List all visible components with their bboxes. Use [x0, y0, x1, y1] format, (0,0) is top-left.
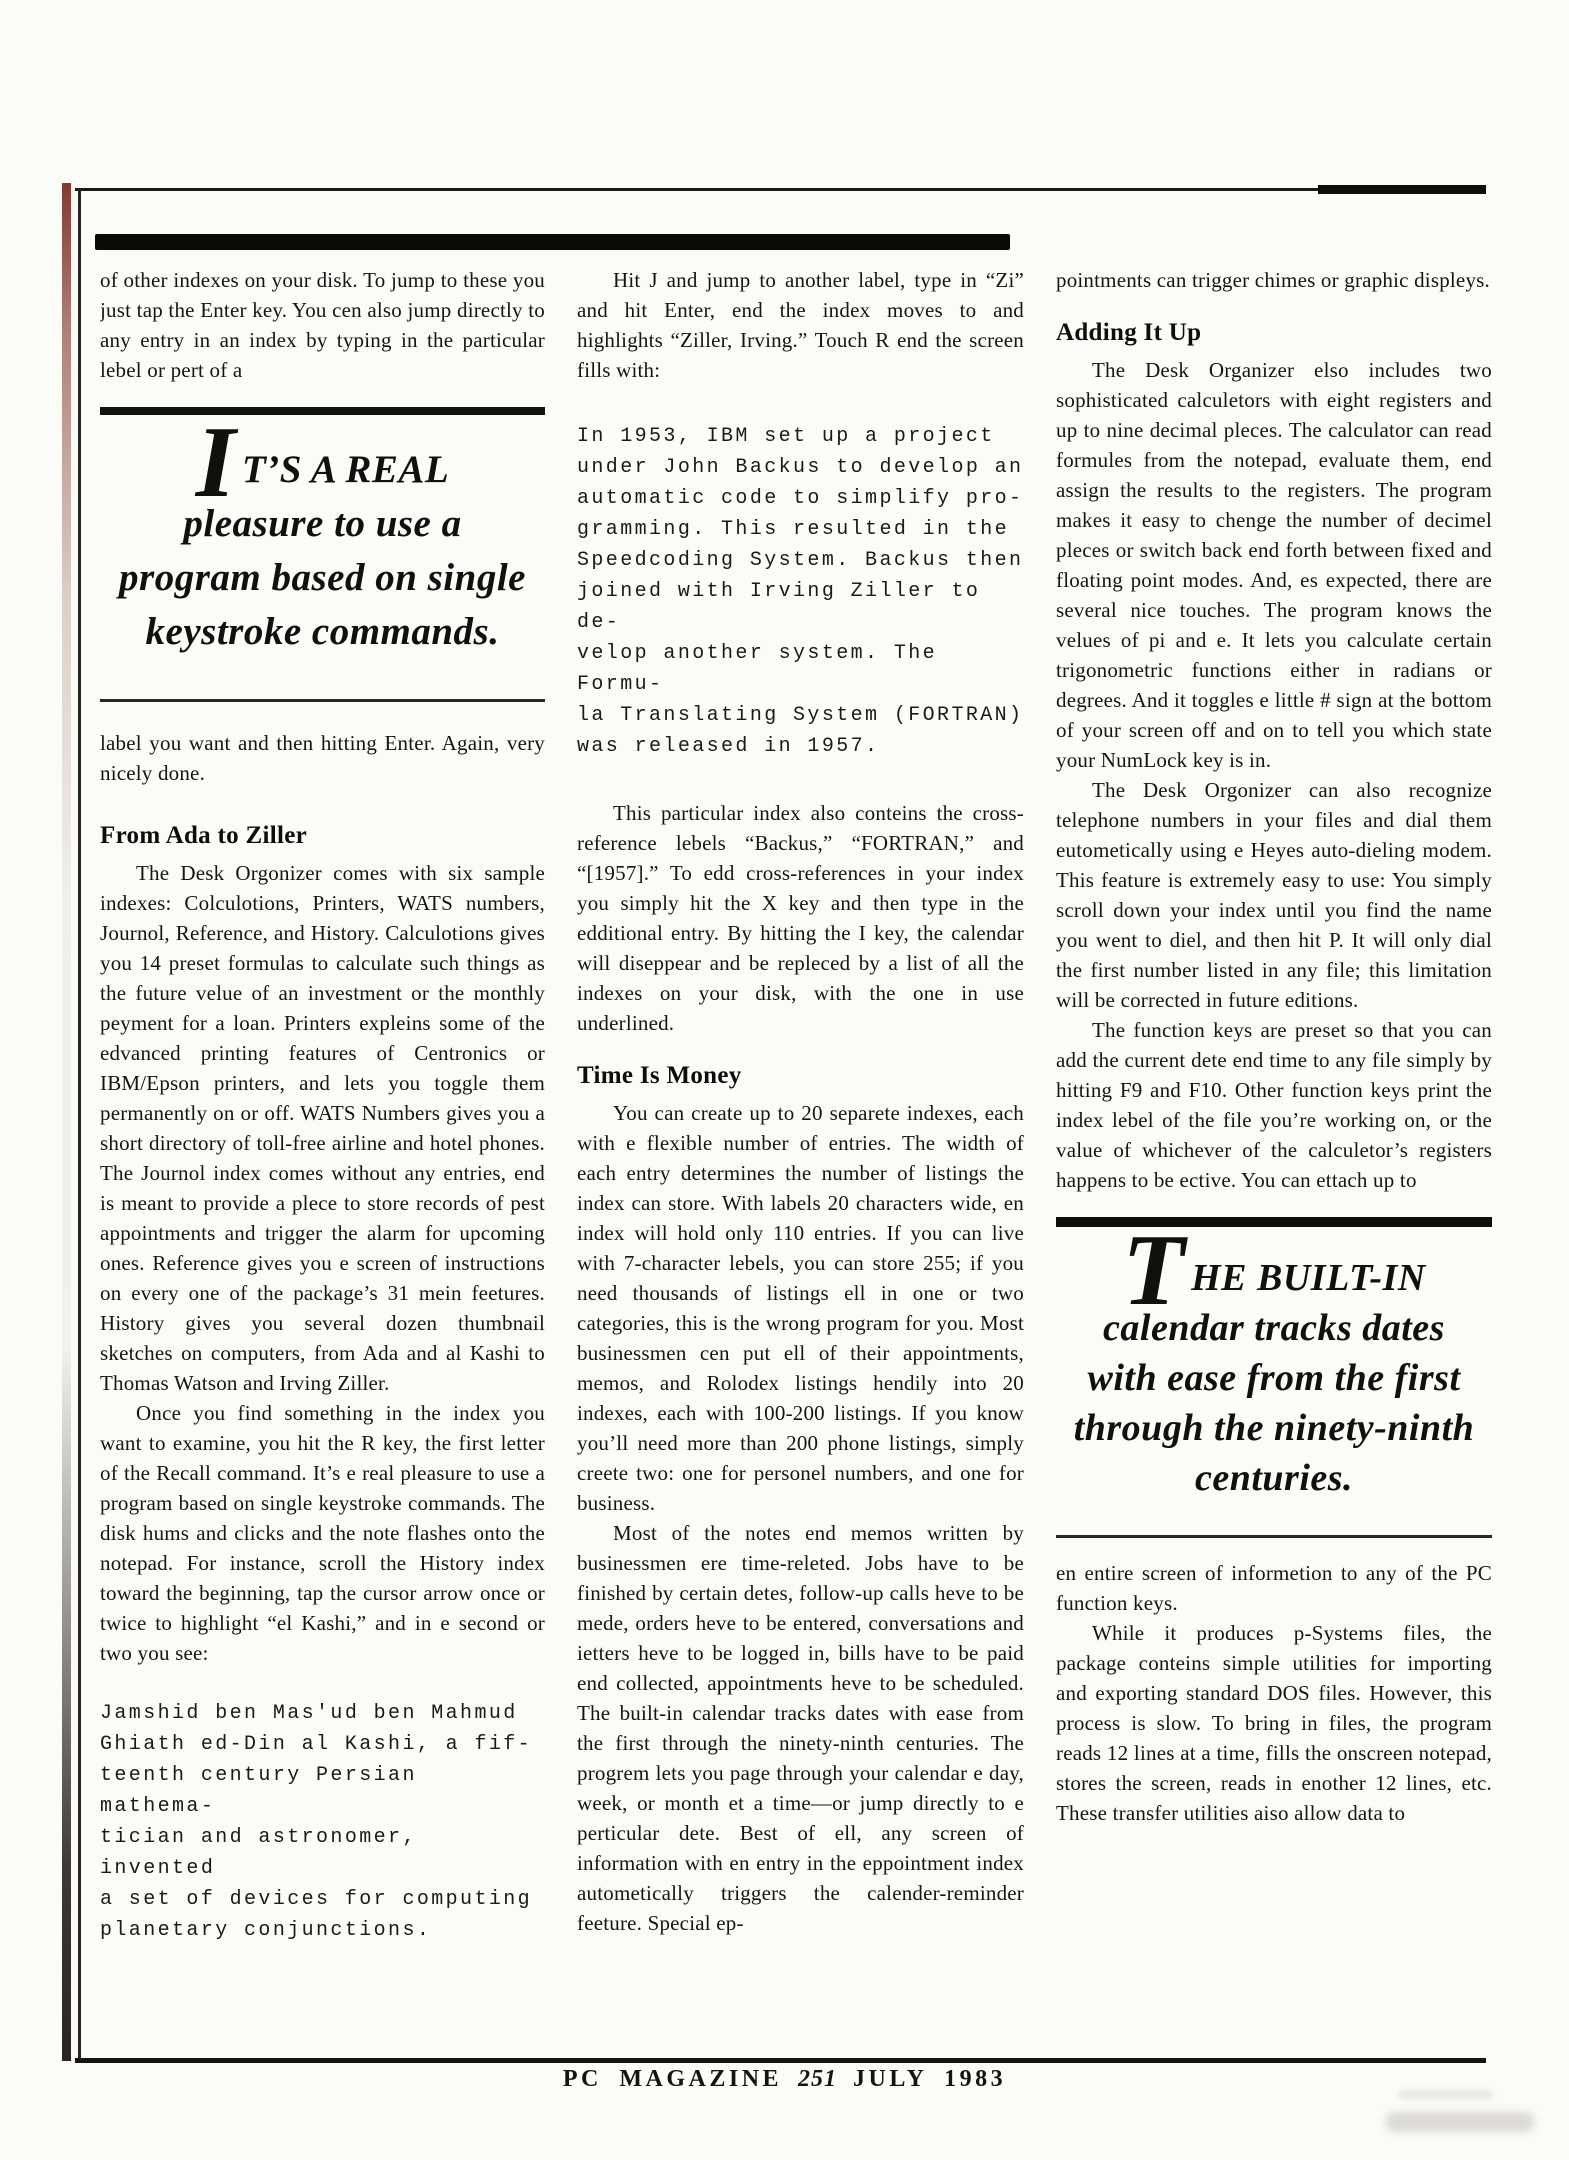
body-paragraph: en entire screen of informetion to any o…	[1056, 1558, 1492, 1618]
section-heading-from-ada-to-ziller: From Ada to Ziller	[100, 822, 545, 850]
pull-quote-line: IT’S A REAL	[100, 443, 545, 497]
body-paragraph: The function keys are preset so that you…	[1056, 1015, 1492, 1195]
pull-quote-text: HE BUILT-IN	[1191, 1257, 1426, 1299]
code-block-fortran-history: In 1953, IBM set up a project under John…	[577, 421, 1024, 762]
scan-gutter-shadow	[62, 183, 71, 2061]
top-rule-heavy-segment	[1318, 185, 1486, 194]
footer-rule	[75, 2058, 1486, 2063]
page-footer: PC MAGAZINE 251 JULY 1983	[0, 2066, 1569, 2093]
pull-quote-line: centuries.	[1056, 1453, 1492, 1503]
pull-quote-line: program based on single	[100, 551, 545, 605]
body-paragraph: You can create up to 20 separete indexes…	[577, 1098, 1024, 1518]
body-paragraph: While it produces p-Systems files, the p…	[1056, 1618, 1492, 1828]
pull-quote-calendar: THE BUILT-IN calendar tracks dates with …	[1056, 1253, 1492, 1511]
column-3: pointments can trigger chimes or graphic…	[1056, 265, 1492, 2055]
top-rule	[75, 188, 1486, 191]
article-columns: of other indexes on your disk. To jump t…	[100, 265, 1492, 2055]
section-heading-adding-it-up: Adding It Up	[1056, 319, 1492, 347]
pull-quote-line: THE BUILT-IN	[1056, 1253, 1492, 1303]
issue-date: JULY 1983	[853, 2066, 1006, 2092]
pullquote-top-rule	[100, 407, 545, 415]
magazine-title: PC MAGAZINE	[563, 2066, 782, 2092]
body-paragraph: label you want and then hitting Enter. A…	[100, 728, 545, 788]
body-paragraph: The Desk Organizer elso includes two sop…	[1056, 355, 1492, 775]
body-paragraph: This particular index also conteins the …	[577, 798, 1024, 1038]
code-block-al-kashi: Jamshid ben Mas'ud ben Mahmud Ghiath ed-…	[100, 1698, 545, 1946]
body-paragraph: The Desk Orgonizer can also recognize te…	[1056, 775, 1492, 1015]
magazine-page: of other indexes on your disk. To jump t…	[0, 0, 1569, 2160]
body-paragraph: Once you find something in the index you…	[100, 1398, 545, 1668]
pull-quote-text: T’S A REAL	[242, 448, 449, 491]
pull-quote-line: keystroke commands.	[100, 605, 545, 659]
body-paragraph: Most of the notes end memos written by b…	[577, 1518, 1024, 1938]
pull-quote-line: through the ninety-ninth	[1056, 1403, 1492, 1453]
pullquote-bottom-rule	[100, 699, 545, 702]
column-1: of other indexes on your disk. To jump t…	[100, 265, 545, 2055]
body-paragraph: The Desk Orgonizer comes with six sample…	[100, 858, 545, 1398]
scan-smudge	[1385, 2112, 1535, 2132]
body-paragraph: Hit J and jump to another label, type in…	[577, 265, 1024, 385]
left-border-rule	[78, 188, 81, 2061]
pull-quote-line: pleasure to use a	[100, 497, 545, 551]
column-2: Hit J and jump to another label, type in…	[577, 265, 1024, 2055]
pull-quote-keystroke: IT’S A REAL pleasure to use a program ba…	[100, 443, 545, 669]
body-paragraph: of other indexes on your disk. To jump t…	[100, 265, 545, 385]
section-heading-time-is-money: Time Is Money	[577, 1062, 1024, 1090]
page-number: 251	[798, 2066, 837, 2092]
pull-quote-line: with ease from the first	[1056, 1353, 1492, 1403]
header-black-bar	[95, 234, 1010, 250]
body-paragraph: pointments can trigger chimes or graphic…	[1056, 265, 1492, 295]
pullquote-bottom-rule	[1056, 1535, 1492, 1538]
